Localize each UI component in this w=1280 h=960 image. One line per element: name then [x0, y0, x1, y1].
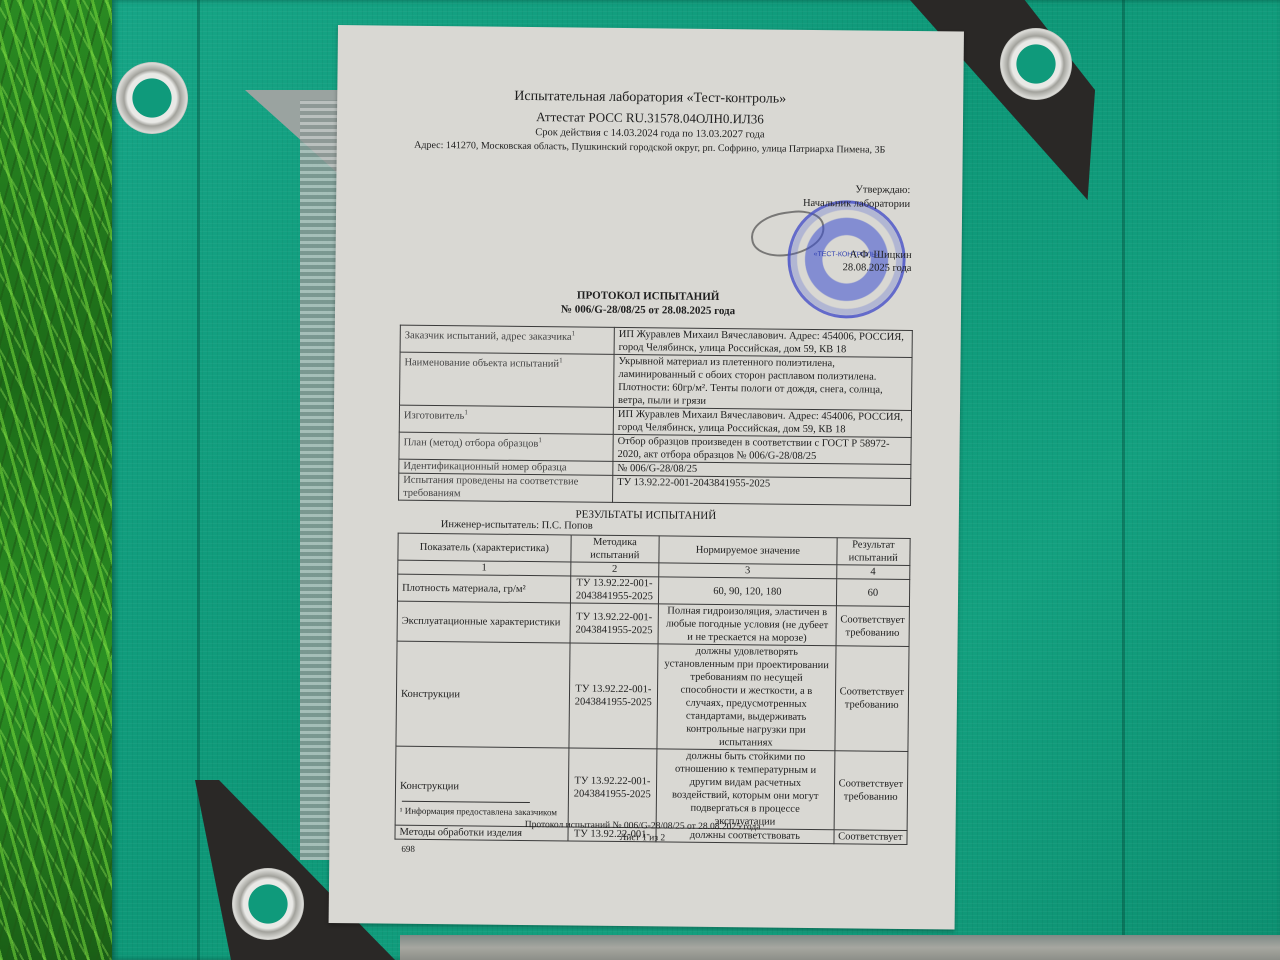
approval-date: 28.08.2025 года: [843, 261, 912, 275]
results-title: РЕЗУЛЬТАТЫ ИСПЫТАНИЙ: [333, 506, 959, 525]
grommet-icon: [1000, 28, 1072, 100]
approval-block: Утверждаю: Начальник лаборатории: [803, 183, 910, 212]
test-protocol-document: Испытательная лаборатория «Тест-контроль…: [329, 25, 964, 930]
page-number: 698: [401, 844, 415, 854]
table-row: Наименование объекта испытаний1Укрывной …: [400, 352, 913, 410]
tarp-seam: [1122, 0, 1125, 960]
lab-name: Испытательная лаборатория «Тест-контроль…: [337, 87, 963, 110]
approver-position: Начальник лаборатории: [803, 197, 910, 212]
info-table: Заказчик испытаний, адрес заказчика1ИП Ж…: [398, 325, 913, 506]
tarp-hem: [197, 0, 200, 960]
approval-signature-block: А.Ф. Шицкин 28.08.2025 года: [843, 248, 912, 275]
lab-address: Адрес: 141270, Московская область, Пушки…: [397, 139, 903, 158]
results-table: Показатель (характеристика) Методика исп…: [394, 533, 910, 845]
approve-label: Утверждаю:: [803, 183, 910, 198]
engineer: Инженер-испытатель: П.С. Попов: [441, 519, 593, 532]
table-row: Конструкции ТУ 13.92.22-001-2043841955-2…: [396, 641, 909, 751]
grommet-icon: [116, 62, 188, 134]
grommet-icon: [232, 868, 304, 940]
signatory-name: А.Ф. Шицкин: [843, 248, 912, 262]
tarp-silver-bottom: [400, 935, 1280, 960]
table-row: Конструкции ТУ 13.92.22-001-2043841955-2…: [395, 746, 908, 830]
footnote: ¹ Информация предоставлена заказчиком: [400, 806, 557, 818]
table-row: Испытания проведены на соответствие треб…: [399, 473, 911, 505]
table-row: Эксплуатационные характеристики ТУ 13.92…: [397, 601, 909, 646]
